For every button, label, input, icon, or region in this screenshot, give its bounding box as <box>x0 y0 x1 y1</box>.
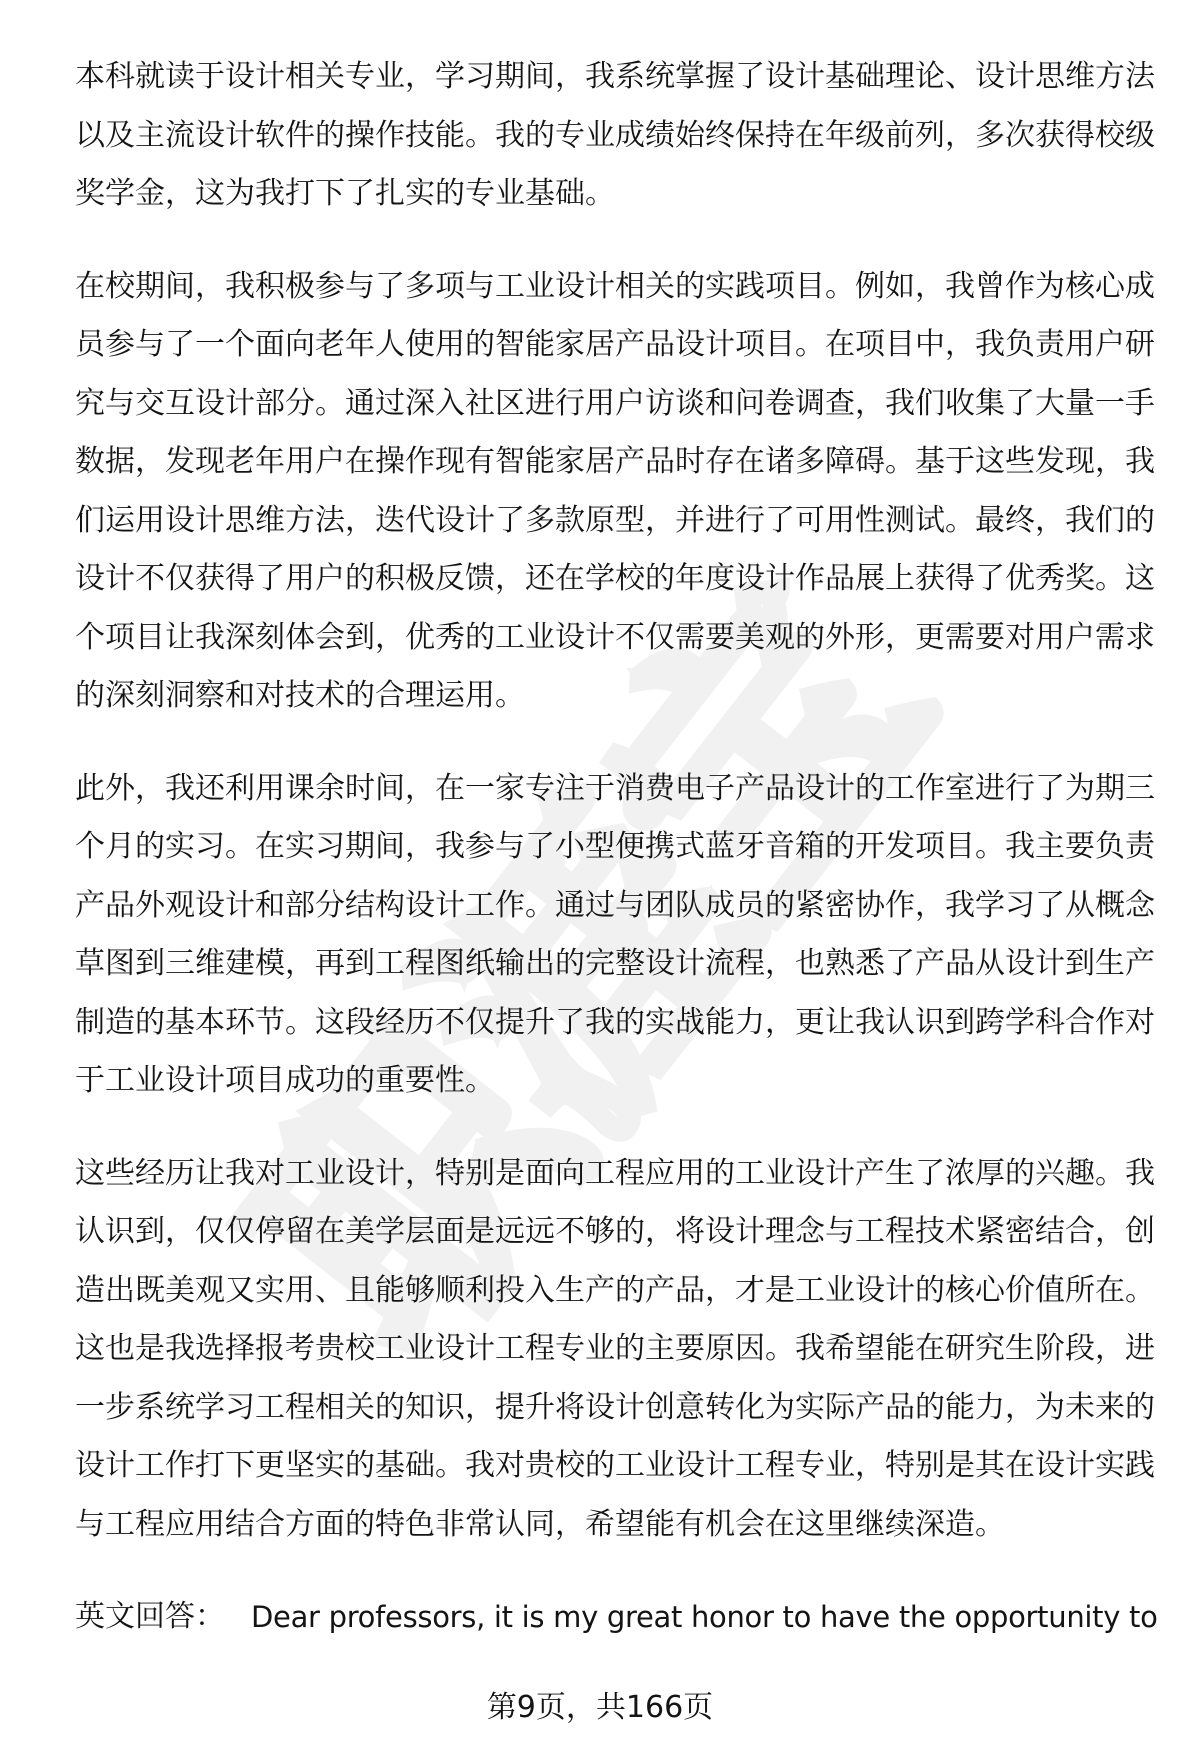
text-line: 草图到三维建模，再到工程图纸输出的完整设计流程，也熟悉了产品从设计到生产 <box>75 935 1155 994</box>
paragraph-undergraduate-background: 本科就读于设计相关专业，学习期间，我系统掌握了设计基础理论、设计思维方法 以及主… <box>75 48 1155 224</box>
paragraph-campus-projects: 在校期间，我积极参与了多项与工业设计相关的实践项目。例如，我曾作为核心成 员参与… <box>75 258 1155 726</box>
text-line: 本科就读于设计相关专业，学习期间，我系统掌握了设计基础理论、设计思维方法 <box>75 48 1155 107</box>
page-indicator: 第9页，共166页 <box>0 1684 1200 1732</box>
text-line: 造出既美观又实用、且能够顺利投入生产的产品，才是工业设计的核心价值所在。 <box>75 1262 1155 1321</box>
text-line: 认识到，仅仅停留在美学层面是远远不够的，将设计理念与工程技术紧密结合，创 <box>75 1203 1155 1262</box>
english-answer-text: Dear professors, it is my great honor to… <box>251 1588 1158 1647</box>
document-body: 本科就读于设计相关专业，学习期间，我系统掌握了设计基础理论、设计思维方法 以及主… <box>75 48 1155 1647</box>
english-answer-label: 英文回答： <box>75 1588 225 1647</box>
text-line: 员参与了一个面向老年人使用的智能家居产品设计项目。在项目中，我负责用户研 <box>75 316 1155 375</box>
text-line: 与工程应用结合方面的特色非常认同，希望能有机会在这里继续深造。 <box>75 1496 1155 1555</box>
text-line: 在校期间，我积极参与了多项与工业设计相关的实践项目。例如，我曾作为核心成 <box>75 258 1155 317</box>
text-line: 这些经历让我对工业设计，特别是面向工程应用的工业设计产生了浓厚的兴趣。我 <box>75 1145 1155 1204</box>
text-line: 的深刻洞察和对技术的合理运用。 <box>75 667 1155 726</box>
text-line: 数据，发现老年用户在操作现有智能家居产品时存在诸多障碍。基于这些发现，我 <box>75 433 1155 492</box>
text-line: 们运用设计思维方法，迭代设计了多款原型，并进行了可用性测试。最终，我们的 <box>75 492 1155 551</box>
text-line: 这也是我选择报考贵校工业设计工程专业的主要原因。我希望能在研究生阶段，进 <box>75 1320 1155 1379</box>
text-line: 个项目让我深刻体会到，优秀的工业设计不仅需要美观的外形，更需要对用户需求 <box>75 609 1155 668</box>
text-line: 产品外观设计和部分结构设计工作。通过与团队成员的紧密协作，我学习了从概念 <box>75 877 1155 936</box>
text-line: 于工业设计项目成功的重要性。 <box>75 1052 1155 1111</box>
paragraph-motivation: 这些经历让我对工业设计，特别是面向工程应用的工业设计产生了浓厚的兴趣。我 认识到… <box>75 1145 1155 1555</box>
text-line: 一步系统学习工程相关的知识，提升将设计创意转化为实际产品的能力，为未来的 <box>75 1379 1155 1438</box>
text-line: 究与交互设计部分。通过深入社区进行用户访谈和问卷调查，我们收集了大量一手 <box>75 375 1155 434</box>
text-line: 此外，我还利用课余时间，在一家专注于消费电子产品设计的工作室进行了为期三 <box>75 760 1155 819</box>
paragraph-internship: 此外，我还利用课余时间，在一家专注于消费电子产品设计的工作室进行了为期三 个月的… <box>75 760 1155 1111</box>
text-line: 设计不仅获得了用户的积极反馈，还在学校的年度设计作品展上获得了优秀奖。这 <box>75 550 1155 609</box>
text-line: 设计工作打下更坚实的基础。我对贵校的工业设计工程专业，特别是其在设计实践 <box>75 1437 1155 1496</box>
text-line: 个月的实习。在实习期间，我参与了小型便携式蓝牙音箱的开发项目。我主要负责 <box>75 818 1155 877</box>
english-answer: 英文回答： Dear professors, it is my great ho… <box>75 1588 1155 1647</box>
text-line: 奖学金，这为我打下了扎实的专业基础。 <box>75 165 1155 224</box>
text-line: 以及主流设计软件的操作技能。我的专业成绩始终保持在年级前列，多次获得校级 <box>75 107 1155 166</box>
text-line: 制造的基本环节。这段经历不仅提升了我的实战能力，更让我认识到跨学科合作对 <box>75 994 1155 1053</box>
